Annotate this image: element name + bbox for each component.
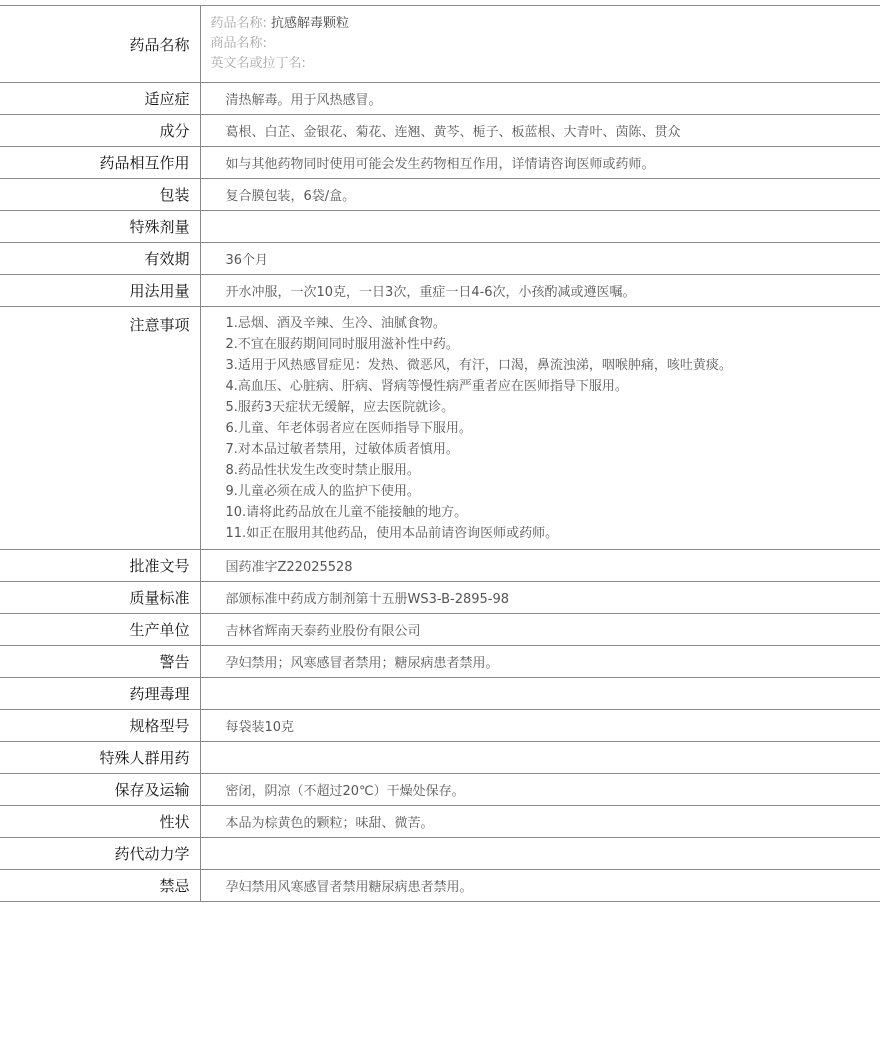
drug-name-values: 药品名称: 抗感解毒颗粒 商品名称: 英文名或拉丁名: (200, 6, 880, 83)
row-value: 葛根、白芷、金银花、菊花、连翘、黄芩、栀子、板蓝根、大青叶、茵陈、贯众 (200, 115, 880, 147)
row-label: 药品相互作用 (0, 147, 200, 179)
row-label: 注意事项 (0, 307, 200, 550)
table-row-pharmacokinetics: 药代动力学 (0, 838, 880, 870)
table-row-indications: 适应症 清热解毒。用于风热感冒。 (0, 83, 880, 115)
table-row-precautions: 注意事项 1.忌烟、酒及辛辣、生冷、油腻食物。 2.不宜在服药期间同时服用滋补性… (0, 307, 880, 550)
row-value (200, 742, 880, 774)
row-value: 如与其他药物同时使用可能会发生药物相互作用，详情请咨询医师或药师。 (200, 147, 880, 179)
table-row-warning: 警告 孕妇禁用；风寒感冒者禁用；糖尿病患者禁用。 (0, 646, 880, 678)
row-label: 成分 (0, 115, 200, 147)
row-value: 部颁标准中药成方制剂第十五册WS3-B-2895-98 (200, 582, 880, 614)
table-row-pharmacology: 药理毒理 (0, 678, 880, 710)
row-value: 每袋装10克 (200, 710, 880, 742)
row-label: 批准文号 (0, 550, 200, 582)
latin-name-key: 英文名或拉丁名: (211, 56, 306, 71)
row-label: 禁忌 (0, 870, 200, 902)
trade-name-line: 商品名称: (211, 34, 880, 54)
row-label: 生产单位 (0, 614, 200, 646)
row-label: 质量标准 (0, 582, 200, 614)
row-value: 国药准字Z22025528 (200, 550, 880, 582)
generic-name-value: 抗感解毒颗粒 (271, 16, 349, 31)
row-label: 有效期 (0, 243, 200, 275)
row-value (200, 211, 880, 243)
row-label: 药理毒理 (0, 678, 200, 710)
generic-name-line: 药品名称: 抗感解毒颗粒 (211, 14, 880, 34)
table-row-interactions: 药品相互作用 如与其他药物同时使用可能会发生药物相互作用，详情请咨询医师或药师。 (0, 147, 880, 179)
row-value: 孕妇禁用风寒感冒者禁用糖尿病患者禁用。 (200, 870, 880, 902)
table-row-drug-name: 药品名称 药品名称: 抗感解毒颗粒 商品名称: 英文名或拉丁名: (0, 6, 880, 83)
table-row-shelf-life: 有效期 36个月 (0, 243, 880, 275)
precaution-item: 9.儿童必须在成人的监护下使用。 (226, 481, 880, 502)
row-value: 本品为棕黄色的颗粒；味甜、微苦。 (200, 806, 880, 838)
table-row-storage: 保存及运输 密闭，阴凉（不超过20℃）干燥处保存。 (0, 774, 880, 806)
table-row-appearance: 性状 本品为棕黄色的颗粒；味甜、微苦。 (0, 806, 880, 838)
precaution-item: 11.如正在服用其他药品，使用本品前请咨询医师或药师。 (226, 523, 880, 544)
row-value (200, 678, 880, 710)
row-value: 密闭，阴凉（不超过20℃）干燥处保存。 (200, 774, 880, 806)
row-value (200, 838, 880, 870)
row-value: 36个月 (200, 243, 880, 275)
row-value: 开水冲服，一次10克，一日3次，重症一日4-6次，小孩酌减或遵医嘱。 (200, 275, 880, 307)
row-label: 用法用量 (0, 275, 200, 307)
precautions-list: 1.忌烟、酒及辛辣、生冷、油腻食物。 2.不宜在服药期间同时服用滋补性中药。 3… (200, 307, 880, 550)
row-label: 药品名称 (0, 6, 200, 83)
drug-spec-table: 药品名称 药品名称: 抗感解毒颗粒 商品名称: 英文名或拉丁名: 适应症 清热解… (0, 5, 880, 902)
table-row-ingredients: 成分 葛根、白芷、金银花、菊花、连翘、黄芩、栀子、板蓝根、大青叶、茵陈、贯众 (0, 115, 880, 147)
table-row-specification: 规格型号 每袋装10克 (0, 710, 880, 742)
precaution-item: 10.请将此药品放在儿童不能接触的地方。 (226, 502, 880, 523)
precaution-item: 1.忌烟、酒及辛辣、生冷、油腻食物。 (226, 313, 880, 334)
precaution-item: 8.药品性状发生改变时禁止服用。 (226, 460, 880, 481)
precaution-item: 5.服药3天症状无缓解，应去医院就诊。 (226, 397, 880, 418)
row-label: 性状 (0, 806, 200, 838)
table-row-usage-dosage: 用法用量 开水冲服，一次10克，一日3次，重症一日4-6次，小孩酌减或遵医嘱。 (0, 275, 880, 307)
precaution-item: 4.高血压、心脏病、肝病、肾病等慢性病严重者应在医师指导下服用。 (226, 376, 880, 397)
table-row-quality-standard: 质量标准 部颁标准中药成方制剂第十五册WS3-B-2895-98 (0, 582, 880, 614)
trade-name-key: 商品名称: (211, 36, 267, 51)
precaution-item: 3.适用于风热感冒症见：发热、微恶风，有汗，口渴，鼻流浊涕，咽喉肿痛，咳吐黄痰。 (226, 355, 880, 376)
precaution-item: 6.儿童、年老体弱者应在医师指导下服用。 (226, 418, 880, 439)
row-label: 包装 (0, 179, 200, 211)
table-row-approval-number: 批准文号 国药准字Z22025528 (0, 550, 880, 582)
table-row-manufacturer: 生产单位 吉林省辉南天泰药业股份有限公司 (0, 614, 880, 646)
generic-name-key: 药品名称: (211, 16, 267, 31)
precaution-item: 2.不宜在服药期间同时服用滋补性中药。 (226, 334, 880, 355)
row-label: 规格型号 (0, 710, 200, 742)
table-row-contraindications: 禁忌 孕妇禁用风寒感冒者禁用糖尿病患者禁用。 (0, 870, 880, 902)
row-label: 特殊人群用药 (0, 742, 200, 774)
row-label: 药代动力学 (0, 838, 200, 870)
row-value: 孕妇禁用；风寒感冒者禁用；糖尿病患者禁用。 (200, 646, 880, 678)
row-value: 清热解毒。用于风热感冒。 (200, 83, 880, 115)
table-row-special-dosage: 特殊剂量 (0, 211, 880, 243)
row-value: 吉林省辉南天泰药业股份有限公司 (200, 614, 880, 646)
table-row-special-populations: 特殊人群用药 (0, 742, 880, 774)
row-label: 保存及运输 (0, 774, 200, 806)
row-value: 复合膜包装，6袋/盒。 (200, 179, 880, 211)
row-label: 适应症 (0, 83, 200, 115)
row-label: 警告 (0, 646, 200, 678)
precaution-item: 7.对本品过敏者禁用，过敏体质者慎用。 (226, 439, 880, 460)
latin-name-line: 英文名或拉丁名: (211, 54, 880, 74)
row-label: 特殊剂量 (0, 211, 200, 243)
table-row-packaging: 包装 复合膜包装，6袋/盒。 (0, 179, 880, 211)
